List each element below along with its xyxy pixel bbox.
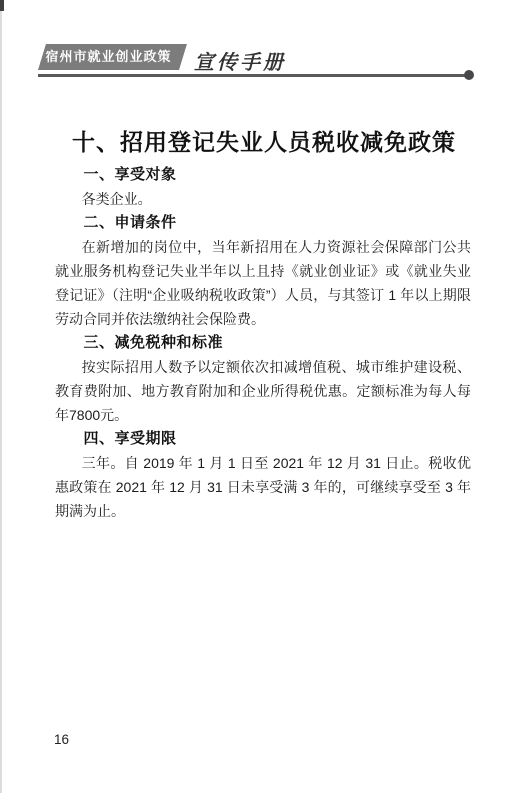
- policy-content: 一、享受对象 各类企业。 二、申请条件 在新增加的岗位中，当年新招用在人力资源社…: [55, 163, 471, 523]
- header-rule: [38, 74, 468, 77]
- handbook-title: 宣传手册: [194, 46, 286, 75]
- section-3-heading: 三、减免税种和标准: [55, 331, 471, 355]
- section-4-heading: 四、享受期限: [55, 427, 471, 451]
- header-badge: 宿州市就业创业政策: [38, 44, 187, 70]
- section-1-heading: 一、享受对象: [55, 163, 471, 187]
- section-2-heading: 二、申请条件: [55, 211, 471, 235]
- handbook-page: 宿州市就业创业政策 宣传手册 十、招用登记失业人员税收减免政策 一、享受对象 各…: [0, 0, 528, 793]
- section-2-body: 在新增加的岗位中，当年新招用在人力资源社会保障部门公共就业服务机构登记失业半年以…: [55, 235, 471, 331]
- page-title: 十、招用登记失业人员税收减免政策: [0, 124, 528, 157]
- header-badge-label: 宿州市就业创业政策: [38, 44, 179, 70]
- scan-corner-mark: [0, 0, 4, 11]
- section-3-body: 按实际招用人数予以定额依次扣减增值税、城市维护建设税、教育费附加、地方教育附加和…: [55, 355, 471, 427]
- scan-edge-line: [0, 0, 2, 793]
- rule-end-dot-icon: [464, 70, 474, 80]
- page-number: 16: [54, 732, 69, 747]
- section-4-body: 三年。自 2019 年 1 月 1 日至 2021 年 12 月 31 日止。税…: [55, 451, 471, 523]
- section-1-body: 各类企业。: [55, 187, 471, 211]
